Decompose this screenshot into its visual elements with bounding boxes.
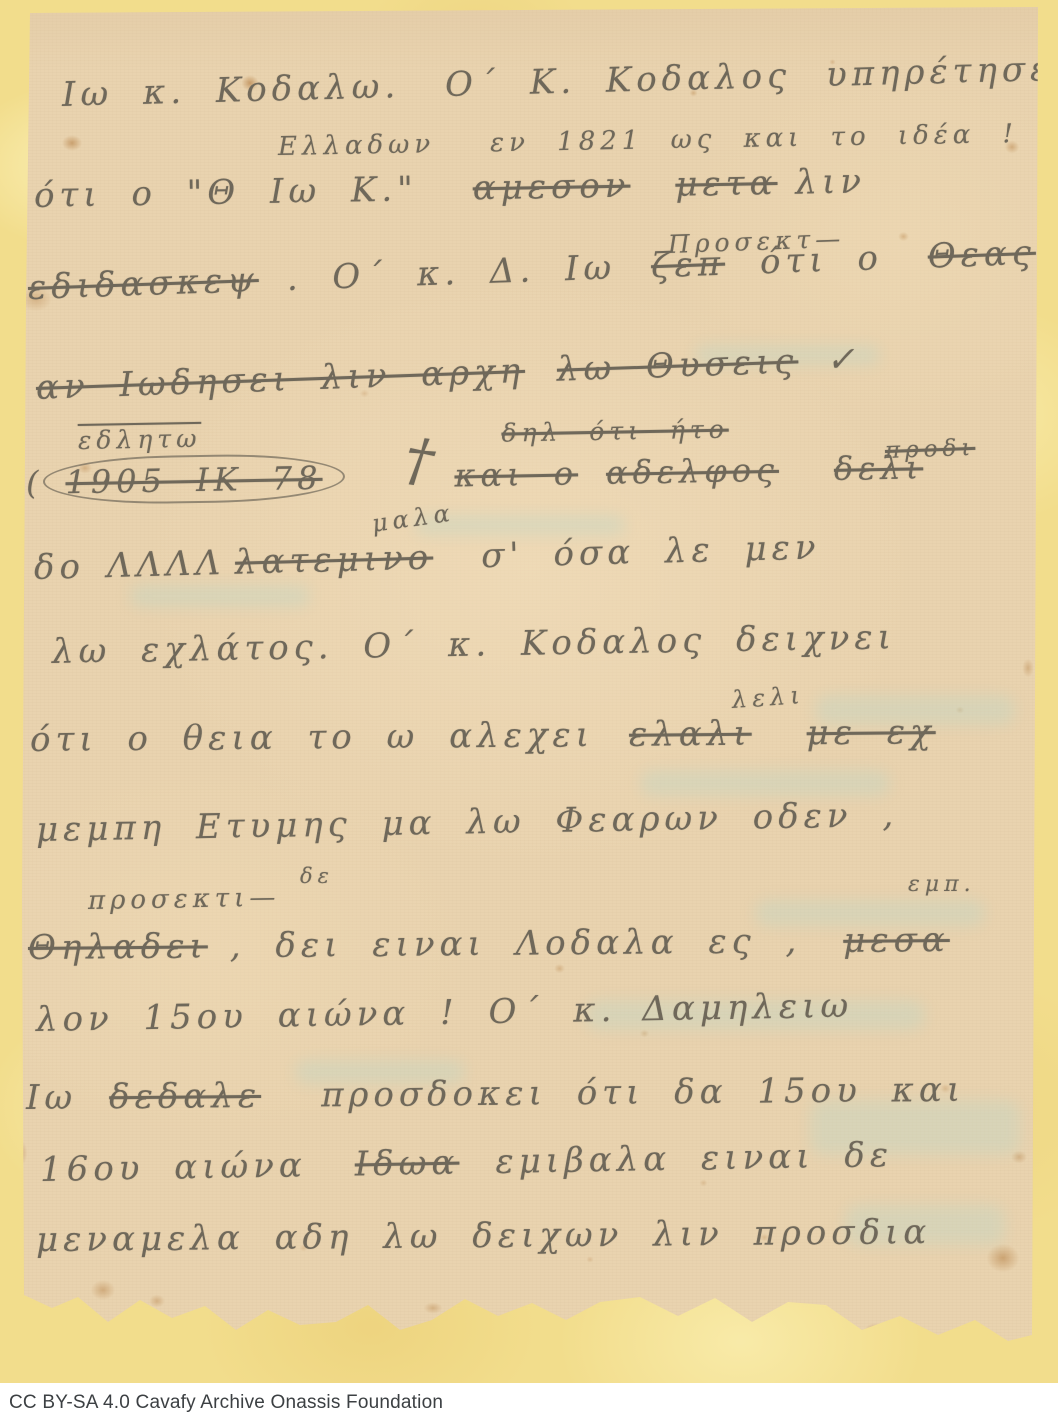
handwriting-text: ΛΛΛΛ <box>106 543 225 586</box>
manuscript-line: λον 15ου αιώνα ! Ο΄ κ.Δαμηλειω <box>36 986 854 1040</box>
handwriting-text: μαλα <box>370 499 456 538</box>
manuscript-line: εμπ. <box>908 872 976 897</box>
handwriting-text: ότι ο θεια το ω αλεχει <box>30 715 594 760</box>
handwriting-text: λελι <box>731 681 805 714</box>
handwriting-text: εμπ. <box>908 872 976 897</box>
manuscript-line: Θηλαδει, δει ειναι Λοδαλα ες ,μεσα <box>28 920 950 968</box>
manuscript-line: προδι <box>885 435 976 464</box>
handwriting-text: μεμπη Ετυμης μα λω Φεαρων οδεν , <box>36 795 899 850</box>
manuscript-line: λελι <box>731 681 805 714</box>
license-text: CC BY-SA 4.0 Cavafy Archive Onassis Foun… <box>9 1392 443 1414</box>
handwriting-text: δε <box>300 864 334 888</box>
handwriting-text: προσεκτι— <box>88 883 281 916</box>
manuscript-line: 16ου αιώναΙδωαεμιβαλα ειναι δε <box>40 1135 894 1190</box>
foxing-stain <box>58 132 86 154</box>
manuscript-line: δοΛΛΛΛλατεμινοσ' όσα λε μεν <box>33 527 821 588</box>
foxing-stain <box>86 1276 120 1304</box>
manuscript-line: προσεκτι— <box>88 883 281 916</box>
handwriting-text: λον 15ου αιώνα ! Ο΄ κ. <box>36 990 617 1040</box>
struck-text: και ο <box>454 454 578 494</box>
handwriting-text: εν 1821 ως και το ιδέα ! <box>490 119 1018 158</box>
handwriting-text: Ο΄ Κ. Κοδαλος <box>445 56 792 105</box>
foxing-stain <box>585 1255 595 1264</box>
foxing-stain <box>552 962 567 975</box>
struck-text: Θεας <box>927 233 1036 277</box>
handwriting-text: Ιω <box>26 1078 78 1118</box>
manuscript-line: αν Ιωδησει λιν αρχηλω Θυσεις✓ <box>35 339 860 408</box>
foxing-stain <box>954 705 966 715</box>
struck-text: Θηλαδει <box>28 926 208 968</box>
handwriting-text: δο <box>33 547 85 588</box>
manuscript-line: μεναμελα αδη λω δειχων λιν προσδια <box>36 1212 932 1260</box>
handwriting-text: Δαμηλειω <box>642 986 854 1030</box>
struck-text: αδελφος <box>606 451 780 492</box>
foxing-stain <box>638 1028 651 1039</box>
manuscript-line: ότι ο θεια το ω αλεχειελαλιμε εχ <box>30 712 936 760</box>
struck-text: μεσα <box>843 920 950 961</box>
struck-text: ελαλι <box>629 714 752 755</box>
struck-text: δεδαλε <box>109 1076 261 1117</box>
struck-text: Ιδωα <box>354 1143 459 1185</box>
manuscript-line: Ελλαδωνεν 1821 ως και το ιδέα ! <box>278 119 1018 162</box>
handwriting-text: εδλητω <box>78 424 202 455</box>
attribution-bar: CC BY-SA 4.0 Cavafy Archive Onassis Foun… <box>0 1383 1058 1423</box>
struck-text: λω Θυσεις <box>556 341 799 389</box>
manuscript-line: λω εχλάτος. Ο΄ κ. Κοδαλος δειχνει <box>52 617 897 672</box>
struck-text: λατεμινο <box>235 538 434 583</box>
handwriting-text: 16ου αιώνα <box>40 1145 308 1190</box>
handwriting-text: λιν <box>795 161 866 202</box>
manuscript-line: Ιω κ. Κοδαλω.Ο΄ Κ. Κοδαλοςυπηρέτησε <box>61 49 1053 115</box>
handwriting-text: Ιω κ. Κοδαλω. <box>61 66 400 115</box>
handwriting-text: . Ο΄ κ. Δ. Ιω <box>286 247 617 298</box>
struck-text: ζεπ <box>650 244 725 287</box>
manuscript-line: μαλα <box>370 499 456 538</box>
handwriting-text: Ελλαδων <box>278 129 436 162</box>
verso-showthrough <box>130 585 310 607</box>
handwriting-text: ✓ <box>826 339 861 380</box>
foxing-stain <box>1008 1148 1030 1166</box>
struck-text: με εχ <box>806 712 935 753</box>
struck-text: προδι <box>885 435 976 464</box>
manuscript-line: δε <box>300 864 334 888</box>
struck-text: μετα <box>675 163 778 205</box>
struck-text: 1905 ΙΚ 78 <box>43 452 345 505</box>
handwriting-text: ότι ο <box>759 238 883 282</box>
struck-text: αν Ιωδησει λιν αρχη <box>35 351 525 408</box>
manuscript-paper: Ιω κ. Κοδαλω.Ο΄ Κ. ΚοδαλοςυπηρέτησεΕλλαδ… <box>0 0 1058 1360</box>
struck-text: δηλ ότι ήτο <box>501 415 729 448</box>
struck-text: εδιδασκεψ <box>27 260 259 308</box>
handwriting-text: υπηρέτησε <box>826 49 1054 95</box>
handwriting-text: μεναμελα αδη λω δειχων λιν προσδια <box>36 1212 932 1260</box>
foxing-stain <box>980 1238 1026 1278</box>
handwriting-text: λω εχλάτος. Ο΄ κ. Κοδαλος δειχνει <box>52 617 897 672</box>
manuscript-line: Ιωδεδαλεπροσδοκει ότι δα 15ου και <box>26 1070 966 1118</box>
foxing-stain <box>1020 655 1036 681</box>
handwriting-text: ότι ο "Θ Ιω Κ." <box>34 169 418 216</box>
manuscript-line: μεμπη Ετυμης μα λω Φεαρων οδεν , <box>36 795 899 850</box>
foxing-stain <box>698 1178 709 1188</box>
handwriting-text: ( <box>26 464 44 502</box>
verso-showthrough <box>640 770 890 796</box>
struck-text: αμεσον <box>472 166 630 209</box>
handwriting-text: , δει ειναι Λοδαλα ες , <box>230 921 802 966</box>
manuscript-line: ότι ο "Θ Ιω Κ."αμεσονμεταλιν <box>34 161 867 216</box>
handwriting-text: προσδοκει ότι δα 15ου και <box>321 1070 965 1116</box>
manuscript-line: εδιδασκεψ. Ο΄ κ. Δ. Ιωζεπότι οΘεας <box>27 233 1036 308</box>
handwriting-text: σ' όσα λε μεν <box>481 527 821 576</box>
handwriting-text: εμιβαλα ειναι δε <box>495 1135 893 1182</box>
